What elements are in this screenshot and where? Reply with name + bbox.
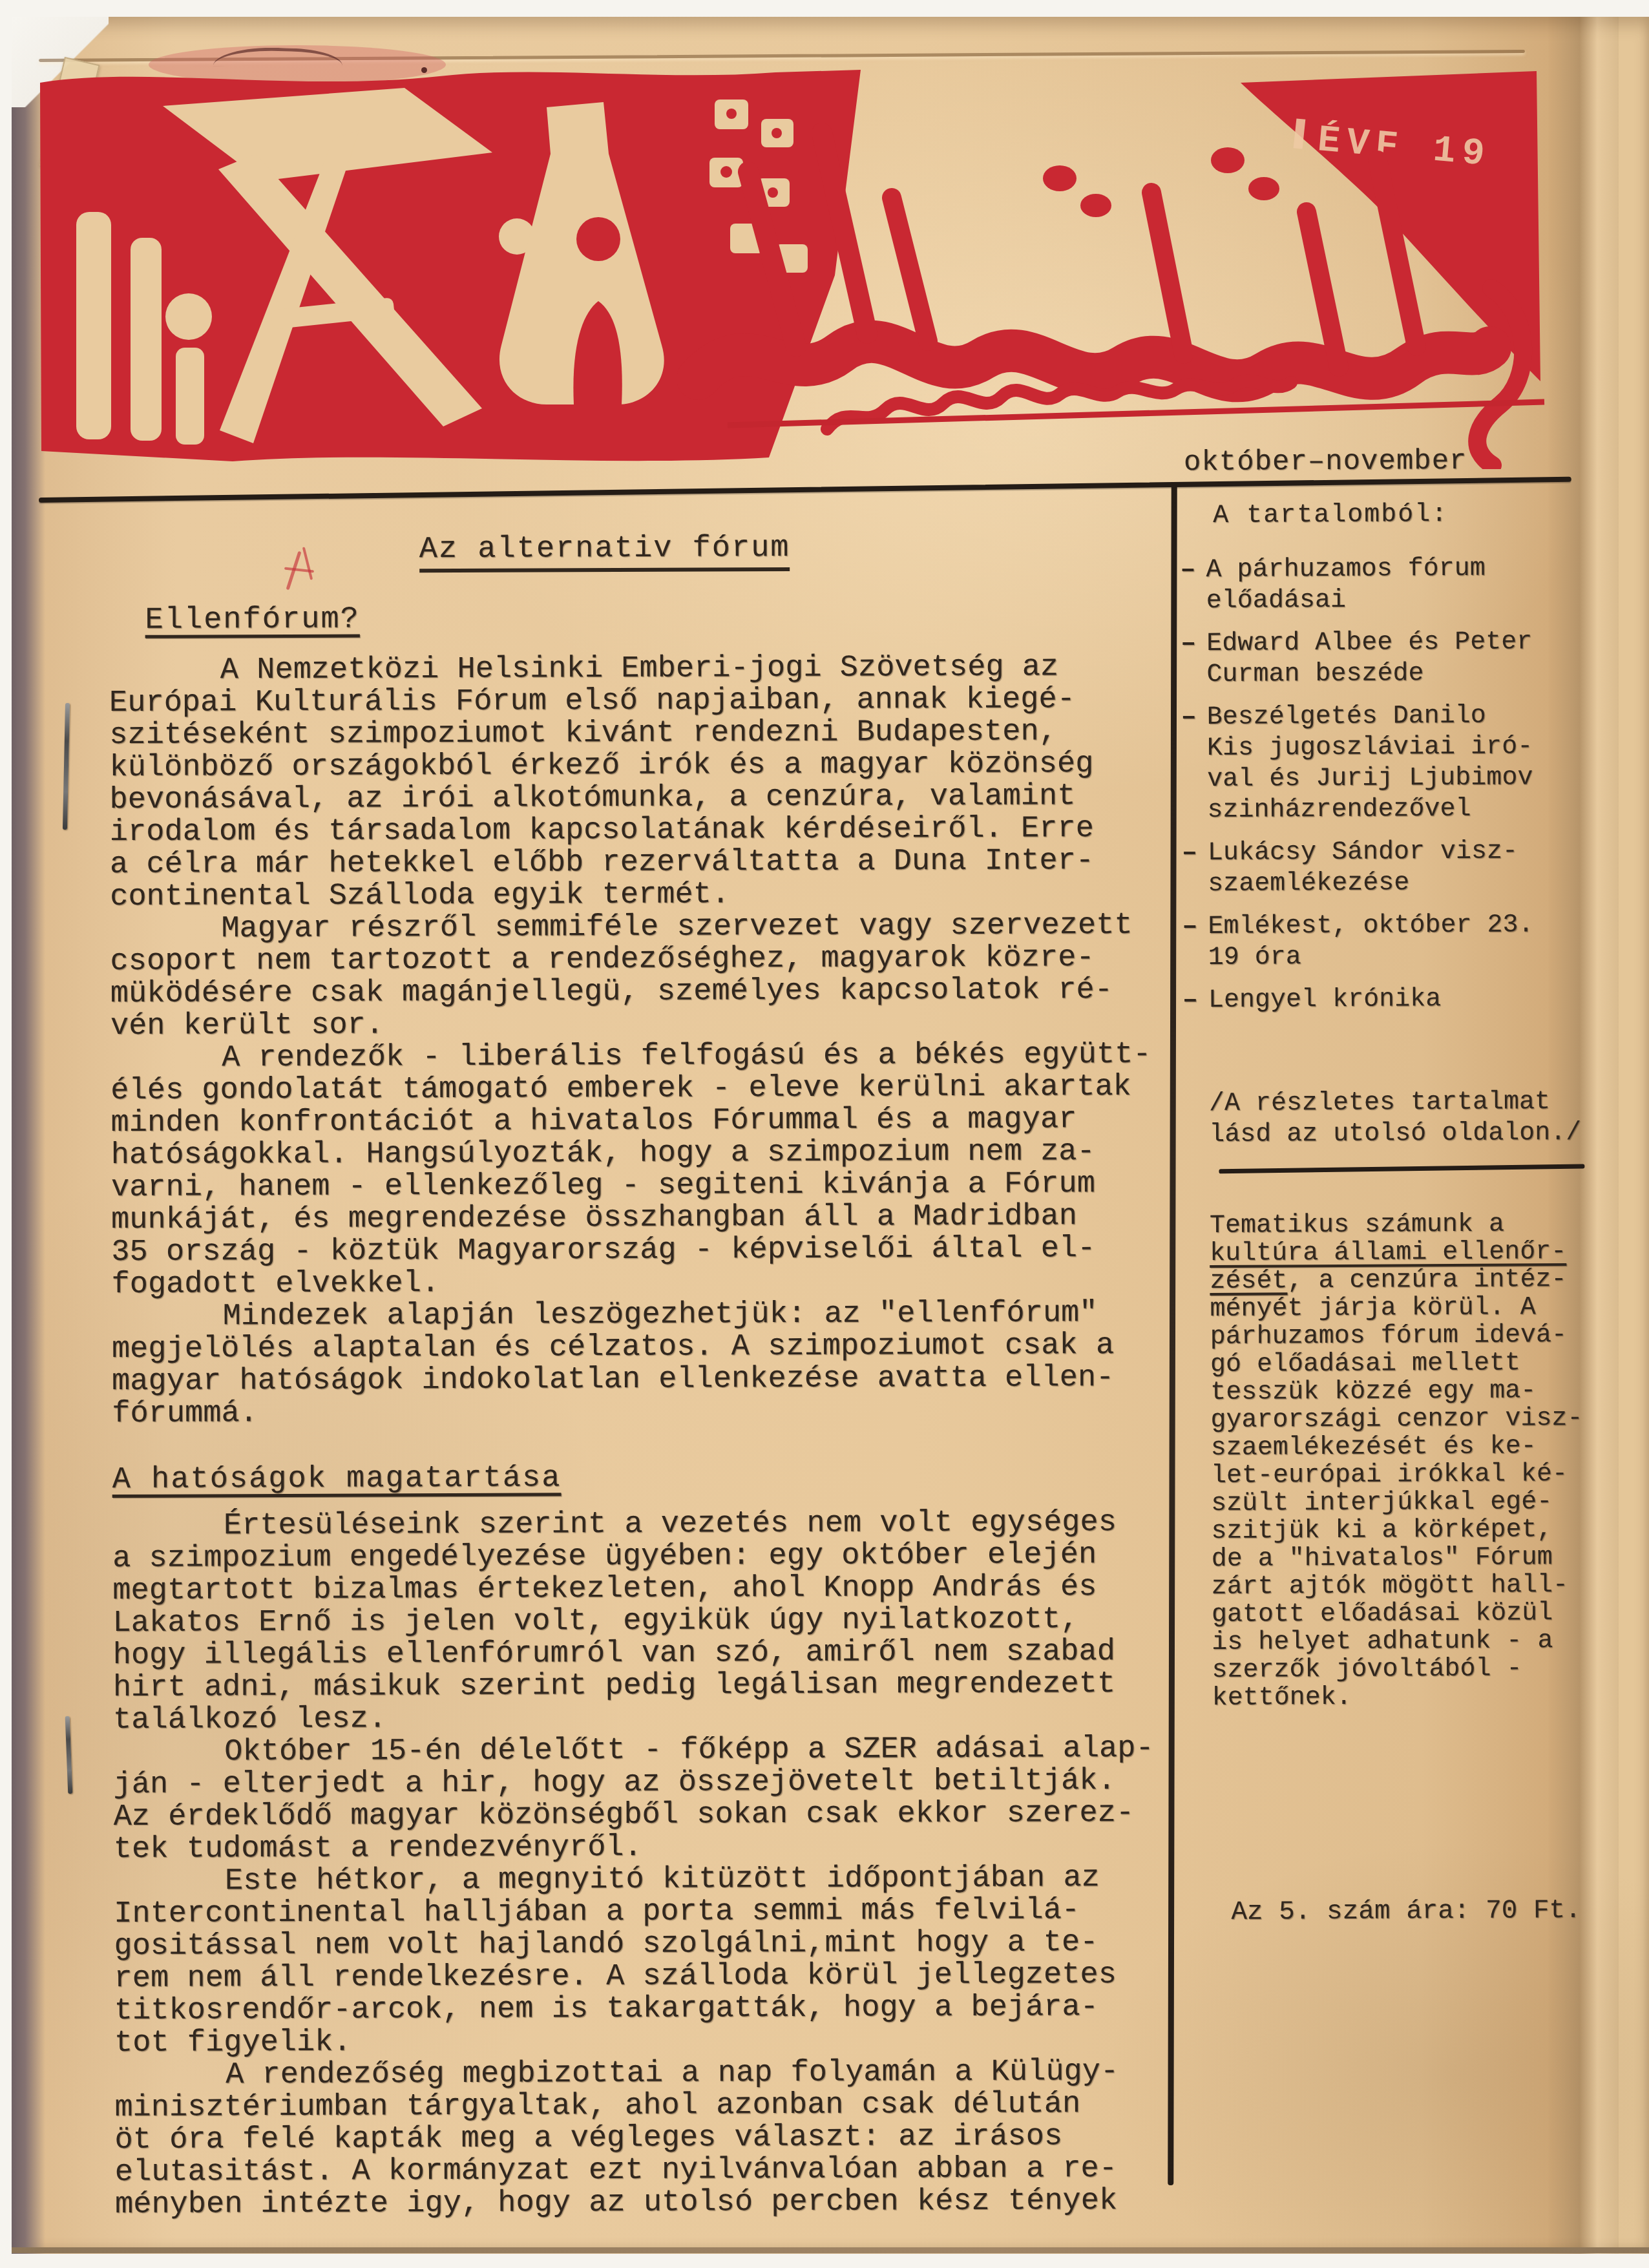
section-heading-ellenforum: Ellenfórum? [145, 601, 1178, 637]
contents-item-label: Beszélgetés Danilo Kis jugoszláviai iró-… [1207, 702, 1533, 825]
paragraph: A rendezőség megbizottai a nap folyamán … [114, 2056, 1184, 2221]
contents-item: –Beszélgetés Danilo Kis jugoszláviai iró… [1207, 700, 1593, 826]
page-bottom-edge [12, 2247, 1649, 2253]
logo-ring [165, 293, 212, 340]
dash-bullet: – [1182, 912, 1197, 943]
paragraph: Október 15-én délelőtt - főképp a SZER a… [113, 1733, 1183, 1866]
contents-item-label: Emlékest, október 23. 19 óra [1208, 910, 1533, 972]
paragraph: Értesüléseink szerint a vezetés nem volt… [112, 1507, 1182, 1737]
theme-text: , a cenzúra intéz- ményét járja körül. A… [1210, 1265, 1582, 1713]
contents-item-label: Lukácsy Sándor visz- szaemlékezése [1208, 837, 1518, 899]
article-title: Az alternativ fórum [419, 531, 790, 572]
theme-text: Tematikus számunk a [1210, 1210, 1504, 1241]
paragraph: A Nemzetközi Helsinki Emberi-jogi Szövet… [109, 651, 1180, 914]
scanned-samizdat-page: { "masthead": { "issue_label": "ÉVF 19",… [0, 0, 1649, 2268]
article-title-row: Az alternativ fórum [109, 531, 1178, 567]
logo-bar [76, 212, 111, 439]
section-heading-hatosagok: A hatóságok magatartása [112, 1460, 1182, 1496]
paragraph: Magyar részről semmiféle szervezet vagy … [110, 910, 1180, 1043]
sidebar-rule [1219, 1164, 1584, 1173]
contents-note: /A részletes tartalmat lásd az utolsó ol… [1209, 1087, 1594, 1151]
contents-item: –Edward Albee és Peter Curman beszéde [1206, 627, 1591, 691]
contents-item-label: A párhuzamos fórum előadásai [1206, 554, 1485, 616]
article-column: Az alternativ fórum Ellenfórum? A Nemzet… [109, 531, 1184, 2221]
contents-item: –Lengyel krónika [1208, 983, 1593, 1016]
contents-item: –Lukácsy Sándor visz- szaemlékezése [1208, 836, 1593, 900]
date-line: október–november [1184, 445, 1467, 479]
paragraph: Mindezek alapján leszögezhetjük: az "ell… [112, 1297, 1182, 1431]
contents-sidebar: A tartalomból: –A párhuzamos fórum előad… [1206, 499, 1599, 1928]
dash-bullet: – [1182, 838, 1197, 869]
contents-item: –A párhuzamos fórum előadásai [1206, 553, 1591, 617]
dash-bullet: – [1180, 555, 1195, 586]
dash-bullet: – [1181, 629, 1196, 660]
paragraph: A rendezők - liberális felfogású és a bé… [110, 1039, 1181, 1301]
dash-bullet: – [1181, 702, 1197, 733]
paragraph: Este hétkor, a megnyitó kitüzött időpont… [114, 1862, 1184, 2060]
price-line: Az 5. szám ára: 70 Ft. [1231, 1895, 1598, 1928]
masthead-logo-art: ÉVF 19 [26, 43, 1551, 469]
contents-item-label: Lengyel krónika [1208, 985, 1441, 1015]
dash-bullet: – [1182, 985, 1198, 1016]
contents-title: A tartalomból: [1206, 499, 1591, 532]
contents-list: –A párhuzamos fórum előadásai –Edward Al… [1206, 553, 1593, 1016]
logo-bar [176, 348, 204, 445]
contents-item-label: Edward Albee és Peter Curman beszéde [1206, 627, 1532, 689]
logo-bar [131, 238, 162, 441]
theme-paragraph: Tematikus számunk a kultúra állami ellen… [1210, 1210, 1597, 1712]
contents-item: –Emlékest, október 23. 19 óra [1208, 910, 1593, 974]
